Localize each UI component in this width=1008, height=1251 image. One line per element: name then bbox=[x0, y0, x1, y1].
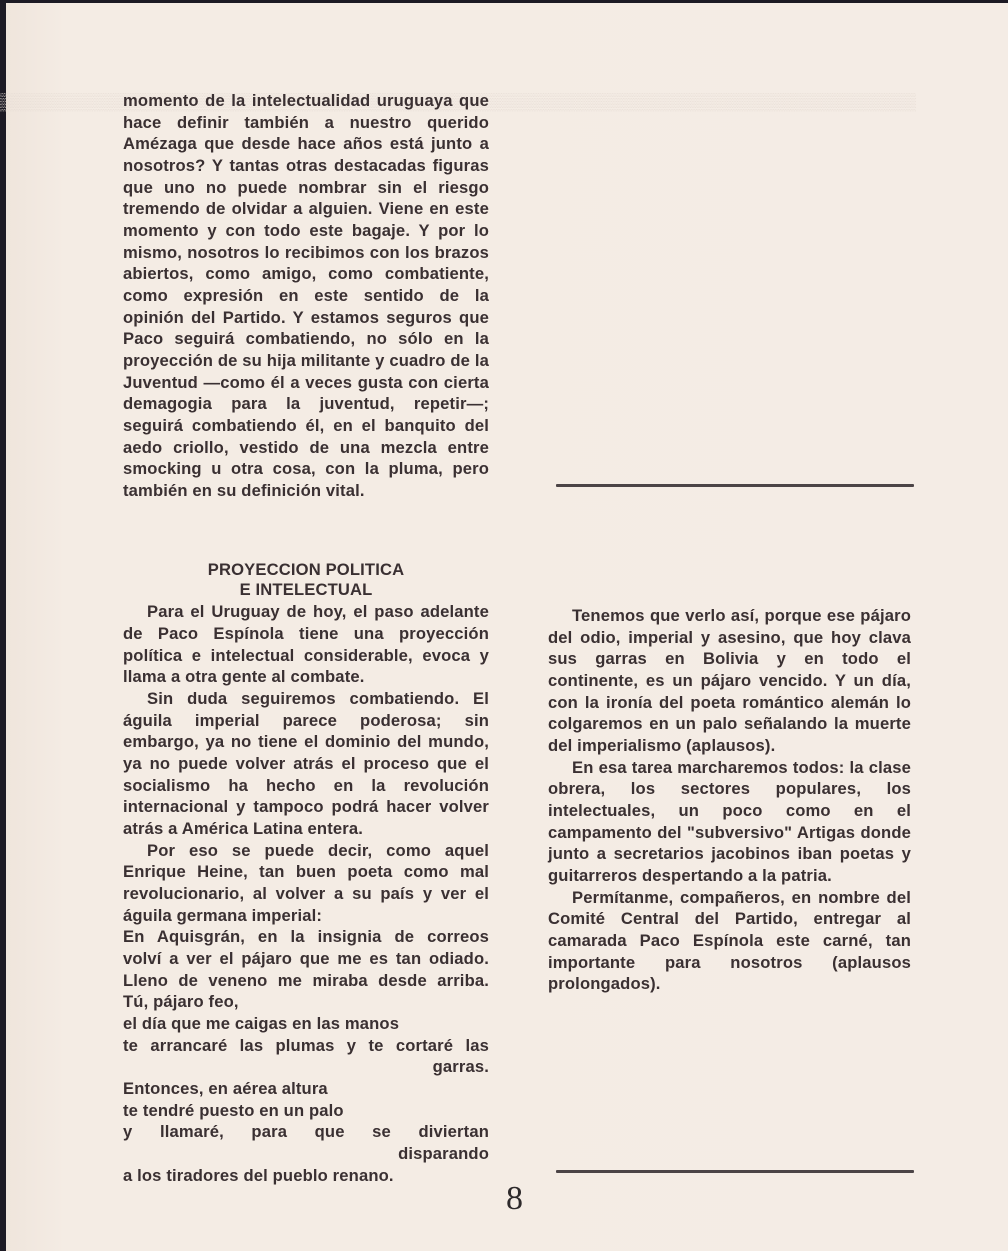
verse-line: Tú, pájaro feo, bbox=[123, 991, 489, 1013]
horizontal-rule-bottom bbox=[556, 1170, 914, 1173]
paragraph: Sin duda seguiremos combatiendo. El águi… bbox=[123, 688, 489, 840]
page-number: 8 bbox=[506, 1179, 523, 1219]
verse-line: te arrancaré las plumas y te cortaré las bbox=[123, 1035, 489, 1057]
verse-line: garras. bbox=[123, 1056, 489, 1078]
paragraph: Tenemos que verlo así, porque ese pájaro… bbox=[548, 605, 911, 757]
verse-line: y llamaré, para que se diviertan bbox=[123, 1121, 489, 1143]
intro-paragraph: momento de la intelectualidad uruguaya q… bbox=[123, 90, 489, 501]
right-column: Tenemos que verlo así, porque ese pájaro… bbox=[548, 605, 911, 995]
verse-line: En Aquisgrán, en la insignia de correos bbox=[123, 926, 489, 948]
show-through-text: ▒▒▒▒▒▒▒▒▒▒▒▒▒▒▒▒▒▒▒▒▒▒▒▒▒▒▒▒▒▒▒▒▒▒▒▒▒▒▒▒… bbox=[554, 91, 916, 113]
verse-line: volví a ver el pájaro que me es tan odia… bbox=[123, 948, 489, 970]
document-page: ▒▒▒▒▒▒▒▒▒▒▒▒▒▒▒▒▒▒▒▒▒▒▒▒▒▒▒▒▒▒▒▒▒▒▒▒▒▒▒▒… bbox=[6, 3, 1008, 1251]
paragraph: Por eso se puede decir, como aquel Enriq… bbox=[123, 840, 489, 927]
verse-line: Entonces, en aérea altura bbox=[123, 1078, 489, 1100]
verse-line: Lleno de veneno me miraba desde arriba. bbox=[123, 970, 489, 992]
left-column: momento de la intelectualidad uruguaya q… bbox=[123, 90, 489, 1186]
verse-line: disparando bbox=[123, 1143, 489, 1165]
section-heading-line-1: PROYECCION POLITICA bbox=[123, 560, 489, 580]
section-heading: PROYECCION POLITICA E INTELECTUAL bbox=[123, 560, 489, 599]
horizontal-rule-top bbox=[556, 484, 914, 487]
verse-line: el día que me caigas en las manos bbox=[123, 1013, 489, 1035]
paragraph: En esa tarea marcharemos todos: la clase… bbox=[548, 757, 911, 887]
paragraph: Para el Uruguay de hoy, el paso adelante… bbox=[123, 601, 489, 688]
verse-line: a los tiradores del pueblo renano. bbox=[123, 1165, 489, 1187]
paragraph: Permítanme, compañeros, en nombre del Co… bbox=[548, 887, 911, 995]
verse-line: te tendré puesto en un palo bbox=[123, 1100, 489, 1122]
section-heading-line-2: E INTELECTUAL bbox=[123, 580, 489, 600]
heine-verse: En Aquisgrán, en la insignia de correos … bbox=[123, 926, 489, 1186]
